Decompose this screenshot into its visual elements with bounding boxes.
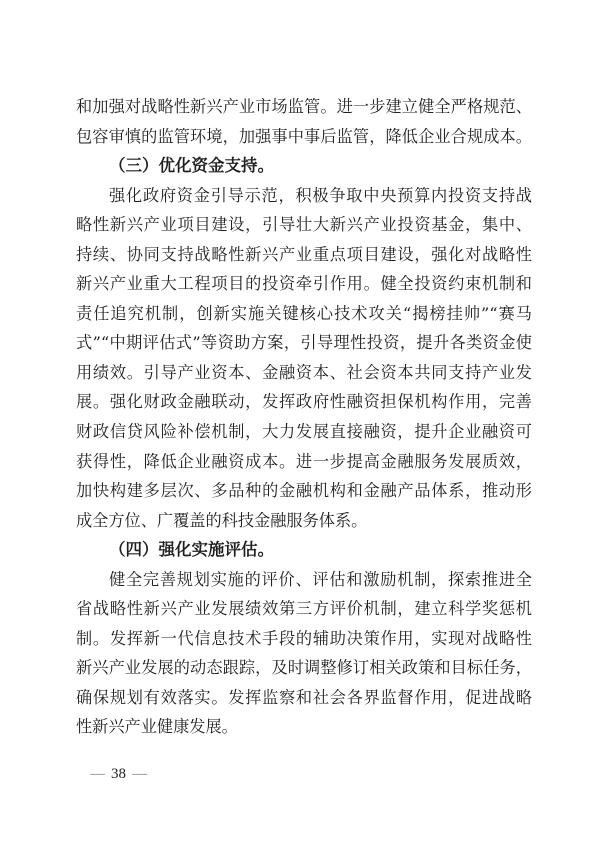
text-line: 责任追究机制，创新实施关键核心技术攻关“揭榜挂帅”“赛马 xyxy=(76,299,532,329)
page-number: 38 xyxy=(109,766,128,783)
text-line: 加快构建多层次、多品种的金融机构和金融产品体系，推动形 xyxy=(76,476,532,506)
text-line: 强化政府资金引导示范，积极争取中央预算内投资支持战 xyxy=(76,181,532,211)
text-line: 持续、协同支持战略性新兴产业重点项目建设，强化对战略性 xyxy=(76,240,532,270)
document-text-block: 和加强对战略性新兴产业市场监管。进一步建立健全严格规范、包容审慎的监管环境，加强… xyxy=(76,92,532,742)
footer-dash-right: — xyxy=(132,766,147,783)
text-line: 省战略性新兴产业发展绩效第三方评价机制，建立科学奖惩机 xyxy=(76,594,532,624)
text-line: 确保规划有效落实。发挥监察和社会各界监督作用，促进战略 xyxy=(76,683,532,713)
text-line: 展。强化财政金融联动，发挥政府性融资担保机构作用，完善 xyxy=(76,387,532,417)
document-page: 和加强对战略性新兴产业市场监管。进一步建立健全严格规范、包容审慎的监管环境，加强… xyxy=(0,0,600,848)
text-line: 和加强对战略性新兴产业市场监管。进一步建立健全严格规范、 xyxy=(76,92,532,122)
text-line: 略性新兴产业项目建设，引导壮大新兴产业投资基金，集中、 xyxy=(76,210,532,240)
text-line: （三）优化资金支持。 xyxy=(76,151,532,181)
text-line: 新兴产业发展的动态跟踪，及时调整修订相关政策和目标任务， xyxy=(76,653,532,683)
text-line: 用绩效。引导产业资本、金融资本、社会资本共同支持产业发 xyxy=(76,358,532,388)
page-footer: — 38 — xyxy=(90,764,147,784)
text-line: 式”“中期评估式”等资助方案，引导理性投资，提升各类资金使 xyxy=(76,328,532,358)
text-line: 获得性，降低企业融资成本。进一步提高金融服务发展质效， xyxy=(76,447,532,477)
footer-dash-left: — xyxy=(90,766,105,783)
text-line: 包容审慎的监管环境，加强事中事后监管，降低企业合规成本。 xyxy=(76,122,532,152)
text-line: 成全方位、广覆盖的科技金融服务体系。 xyxy=(76,506,532,536)
text-line: （四）强化实施评估。 xyxy=(76,535,532,565)
text-line: 性新兴产业健康发展。 xyxy=(76,712,532,742)
text-line: 制。发挥新一代信息技术手段的辅助决策作用，实现对战略性 xyxy=(76,624,532,654)
text-line: 财政信贷风险补偿机制，大力发展直接融资，提升企业融资可 xyxy=(76,417,532,447)
text-line: 健全完善规划实施的评价、评估和激励机制，探索推进全 xyxy=(76,565,532,595)
text-line: 新兴产业重大工程项目的投资牵引作用。健全投资约束机制和 xyxy=(76,269,532,299)
